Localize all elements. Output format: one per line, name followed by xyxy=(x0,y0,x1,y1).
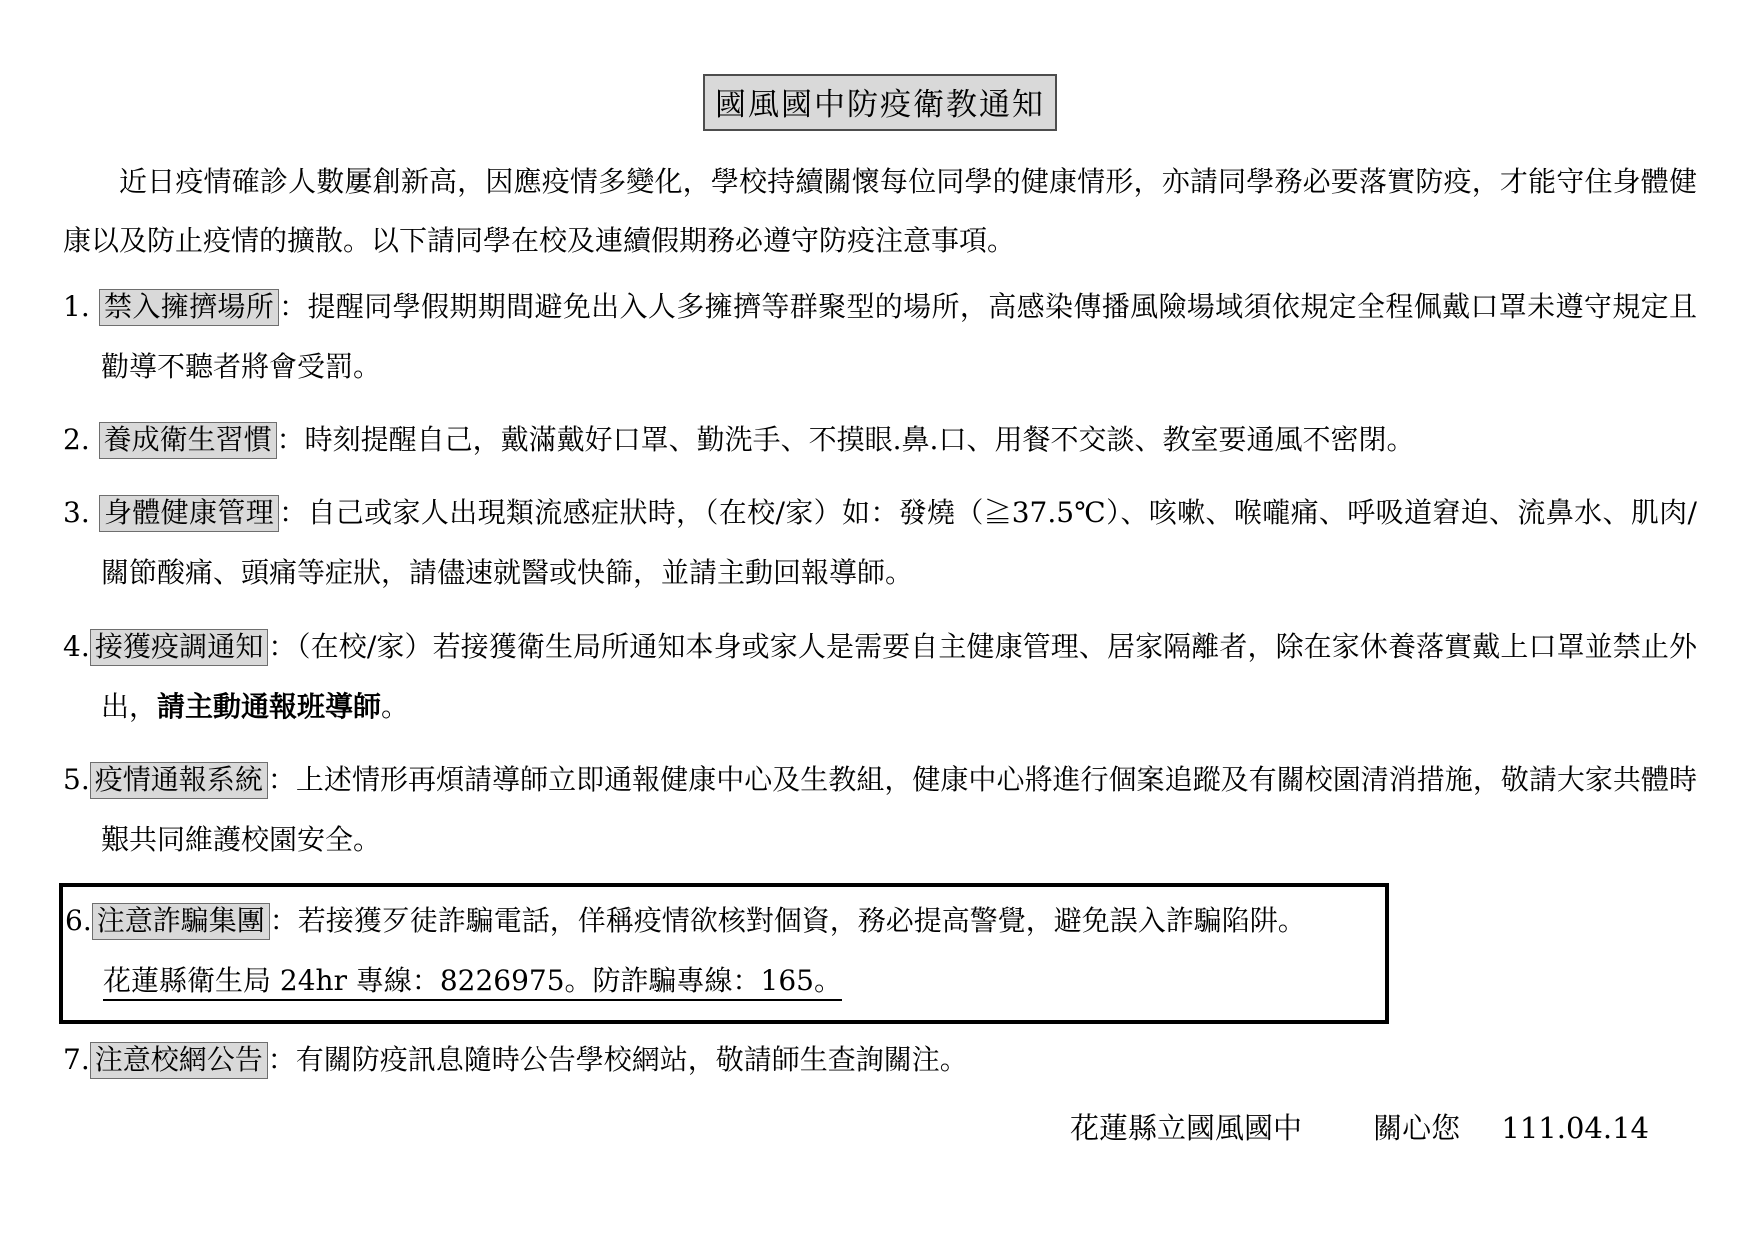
item-label: 身體健康管理 xyxy=(99,495,279,532)
item-colon: ： xyxy=(268,1043,296,1076)
footer-school-name: 花蓮縣立國風國中 xyxy=(1070,1111,1302,1145)
item-body-text: 自己或家人出現類流感症狀時，（在校/家）如：發燒（≧37.5℃）、咳嗽、喉嚨痛、… xyxy=(101,496,1697,589)
notice-item: 3. 身體健康管理：自己或家人出現類流感症狀時，（在校/家）如：發燒（≧37.5… xyxy=(63,483,1697,603)
item-label: 疫情通報系統 xyxy=(90,762,268,799)
footer-care-text: 關心您 xyxy=(1373,1111,1460,1145)
item-number: 1. xyxy=(63,290,99,323)
item-hotline-line: 花蓮縣衛生局 24hr 專線：8226975。防詐騙專線：165。 xyxy=(65,951,1375,1011)
notice-item: 5.疫情通報系統：上述情形再煩請導師立即通報健康中心及生教組，健康中心將進行個案… xyxy=(63,750,1697,870)
item-colon: ： xyxy=(277,423,305,456)
footer-date: 111.04.14 xyxy=(1501,1111,1649,1145)
item-colon: ： xyxy=(279,290,307,323)
notice-item: 7.注意校網公告：有關防疫訊息隨時公告學校網站，敬請師生查詢關注。 xyxy=(63,1030,1697,1090)
item-body-text: 上述情形再煩請導師立即通報健康中心及生教組，健康中心將進行個案追蹤及有關校園清消… xyxy=(101,763,1697,856)
item-number: 3. xyxy=(63,496,99,529)
item-label: 注意詐騙集團 xyxy=(92,903,270,940)
notice-item-line: 6.注意詐騙集團：若接獲歹徒詐騙電話，佯稱疫情欲核對個資，務必提高警覺，避免誤入… xyxy=(65,891,1375,951)
item-number: 4. xyxy=(63,630,90,663)
notice-item-line: 4.接獲疫調通知：（在校/家）若接獲衛生局所通知本身或家人是需要自主健康管理、居… xyxy=(63,617,1697,737)
notice-item: 1. 禁入擁擠場所：提醒同學假期期間避免出入人多擁擠等群聚型的場所，高感染傳播風… xyxy=(63,277,1697,397)
item-number: 6. xyxy=(65,904,92,937)
notice-item-line: 3. 身體健康管理：自己或家人出現類流感症狀時，（在校/家）如：發燒（≧37.5… xyxy=(63,483,1697,603)
footer: 花蓮縣立國風國中 關心您 111.04.14 xyxy=(63,1106,1697,1147)
item-after-bold-text: 。 xyxy=(381,690,409,723)
item-body-text: 時刻提醒自己，戴滿戴好口罩、勤洗手、不摸眼.鼻.口、用餐不交談、教室要通風不密閉… xyxy=(305,423,1415,456)
notice-item-line: 2. 養成衛生習慣：時刻提醒自己，戴滿戴好口罩、勤洗手、不摸眼.鼻.口、用餐不交… xyxy=(63,410,1697,470)
item-body-text: 提醒同學假期期間避免出入人多擁擠等群聚型的場所，高感染傳播風險場域須依規定全程佩… xyxy=(101,290,1697,383)
item-hotline-text: 花蓮縣衛生局 24hr 專線：8226975。防詐騙專線：165。 xyxy=(103,964,842,997)
notice-items: 1. 禁入擁擠場所：提醒同學假期期間避免出入人多擁擠等群聚型的場所，高感染傳播風… xyxy=(63,277,1697,1090)
notice-item-line: 7.注意校網公告：有關防疫訊息隨時公告學校網站，敬請師生查詢關注。 xyxy=(63,1030,1697,1090)
item-colon: ： xyxy=(268,763,296,796)
item-label: 禁入擁擠場所 xyxy=(99,289,279,326)
item-colon: ： xyxy=(270,904,298,937)
notice-item-line: 1. 禁入擁擠場所：提醒同學假期期間避免出入人多擁擠等群聚型的場所，高感染傳播風… xyxy=(63,277,1697,397)
item-colon: ： xyxy=(279,496,307,529)
intro-paragraph: 近日疫情確診人數屢創新高，因應疫情多變化，學校持續關懷每位同學的健康情形，亦請同… xyxy=(63,153,1697,271)
item-number: 7. xyxy=(63,1043,90,1076)
item-body-text: 有關防疫訊息隨時公告學校網站，敬請師生查詢關注。 xyxy=(296,1043,968,1076)
notice-page: 國風國中防疫衛教通知 近日疫情確診人數屢創新高，因應疫情多變化，學校持續關懷每位… xyxy=(0,0,1755,1241)
item-label: 注意校網公告 xyxy=(90,1042,268,1079)
item-bold-text: 請主動通報班導師 xyxy=(157,690,381,723)
item-number: 5. xyxy=(63,763,90,796)
item-label: 養成衛生習慣 xyxy=(99,422,277,459)
item-label: 接獲疫調通知 xyxy=(90,629,269,666)
title-row: 國風國中防疫衛教通知 xyxy=(63,74,1697,131)
item-colon: ： xyxy=(268,630,296,663)
notice-item: 6.注意詐騙集團：若接獲歹徒詐騙電話，佯稱疫情欲核對個資，務必提高警覺，避免誤入… xyxy=(59,883,1389,1023)
page-title: 國風國中防疫衛教通知 xyxy=(703,74,1057,131)
item-body-text: 若接獲歹徒詐騙電話，佯稱疫情欲核對個資，務必提高警覺，避免誤入詐騙陷阱。 xyxy=(298,904,1306,937)
notice-item-line: 5.疫情通報系統：上述情形再煩請導師立即通報健康中心及生教組，健康中心將進行個案… xyxy=(63,750,1697,870)
notice-item: 4.接獲疫調通知：（在校/家）若接獲衛生局所通知本身或家人是需要自主健康管理、居… xyxy=(63,617,1697,737)
item-number: 2. xyxy=(63,423,99,456)
notice-item: 2. 養成衛生習慣：時刻提醒自己，戴滿戴好口罩、勤洗手、不摸眼.鼻.口、用餐不交… xyxy=(63,410,1697,470)
